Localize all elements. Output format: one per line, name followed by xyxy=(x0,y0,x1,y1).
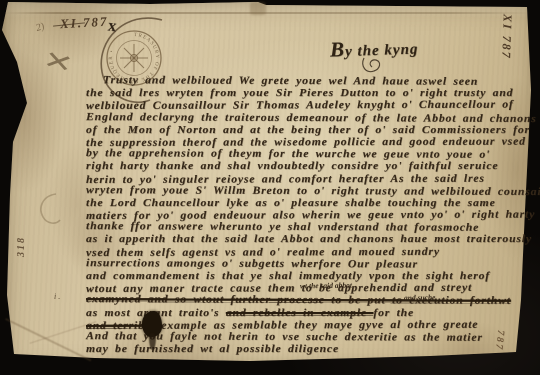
manuscript-line: examyned and so wtout further processe t… xyxy=(86,293,515,307)
manuscript-text: right harty thanke and shal vndoubtedly … xyxy=(86,160,498,172)
manuscript-text: and commandement is that ye shal immedya… xyxy=(86,270,490,282)
heading-flourish xyxy=(360,56,386,76)
manuscript-text: insurrections amonges o' subgetts wherfo… xyxy=(86,257,418,270)
manuscript-line: England declaryng the traiterous demeano… xyxy=(86,111,515,125)
manuscript-text: England declaryng the traiterous demeano… xyxy=(86,111,537,125)
manuscript-line: and commandement is that ye shal immedya… xyxy=(86,270,515,282)
manuscript-text: welbiloued Counsaillour Sir Thomas Audel… xyxy=(86,99,514,112)
manuscript-line: as it apperith that the said late Abbot … xyxy=(86,233,515,245)
margin-note: i . xyxy=(54,292,60,301)
paper-fold-line xyxy=(4,12,532,14)
manuscript-line: by the apprehension of theym for the wur… xyxy=(86,147,515,161)
manuscript-line: thanke ffor answere wherunto ye shal vnd… xyxy=(86,220,515,234)
manuscript-text: the said lres wryten from youe Sir Piere… xyxy=(86,87,513,99)
interlinear-insert: and suche xyxy=(404,293,436,303)
manuscript-line: of the Mon of Norton and at the being th… xyxy=(86,124,515,136)
manuscript-line: right harty thanke and shal vndoubtedly … xyxy=(86,160,515,172)
paper-repair-patch xyxy=(250,2,266,15)
top-right-vertical-number: XI 787 xyxy=(498,14,515,60)
manuscript-text: example as semblable they maye gyve al o… xyxy=(161,318,478,331)
manuscript-line: the said lres wryten from youe Sir Piere… xyxy=(86,87,515,99)
manuscript-text: as it apperith that the said late Abbot … xyxy=(86,233,532,245)
manuscript-text: of the Mon of Norton and at the being th… xyxy=(86,124,530,136)
manuscript-line: wryten from youe S' Willm Breton to o' r… xyxy=(86,184,515,198)
manuscript-text: thanke ffor answere wherunto ye shal vnd… xyxy=(86,220,479,234)
manuscript-text: may be furnisshed wt al possible diligen… xyxy=(86,343,339,355)
photograph-frame: XI.787 2) ✕ XI 787 318 787 i . TREASURY … xyxy=(0,0,540,375)
manuscript-text: the Lord Chauncellour lyke as o' pleasur… xyxy=(86,197,496,209)
manuscript-text: by the apprehension of theym for the wur… xyxy=(86,147,490,161)
struck-text: examyned and so wtout further processe t… xyxy=(86,293,511,307)
manuscript-line: the Lord Chauncellour lyke as o' pleasur… xyxy=(86,197,515,209)
manuscript-text: wryten from youe S' Willm Breton to o' r… xyxy=(86,184,540,198)
left-margin-vertical-number: 318 xyxy=(16,236,27,257)
margin-flourish xyxy=(34,190,64,230)
struck-text: and rebelles in example xyxy=(226,307,374,319)
manuscript-line: Trusty and welbiloued We grete youe wel … xyxy=(86,74,515,88)
manuscript-line: insurrections amonges o' subgetts wherfo… xyxy=(86,257,515,271)
manuscript-text: for the xyxy=(373,307,414,319)
manuscript-text: Trusty and welbiloued We grete youe wel … xyxy=(103,74,478,88)
interlinear-insert: wt the said abbot xyxy=(300,281,352,291)
